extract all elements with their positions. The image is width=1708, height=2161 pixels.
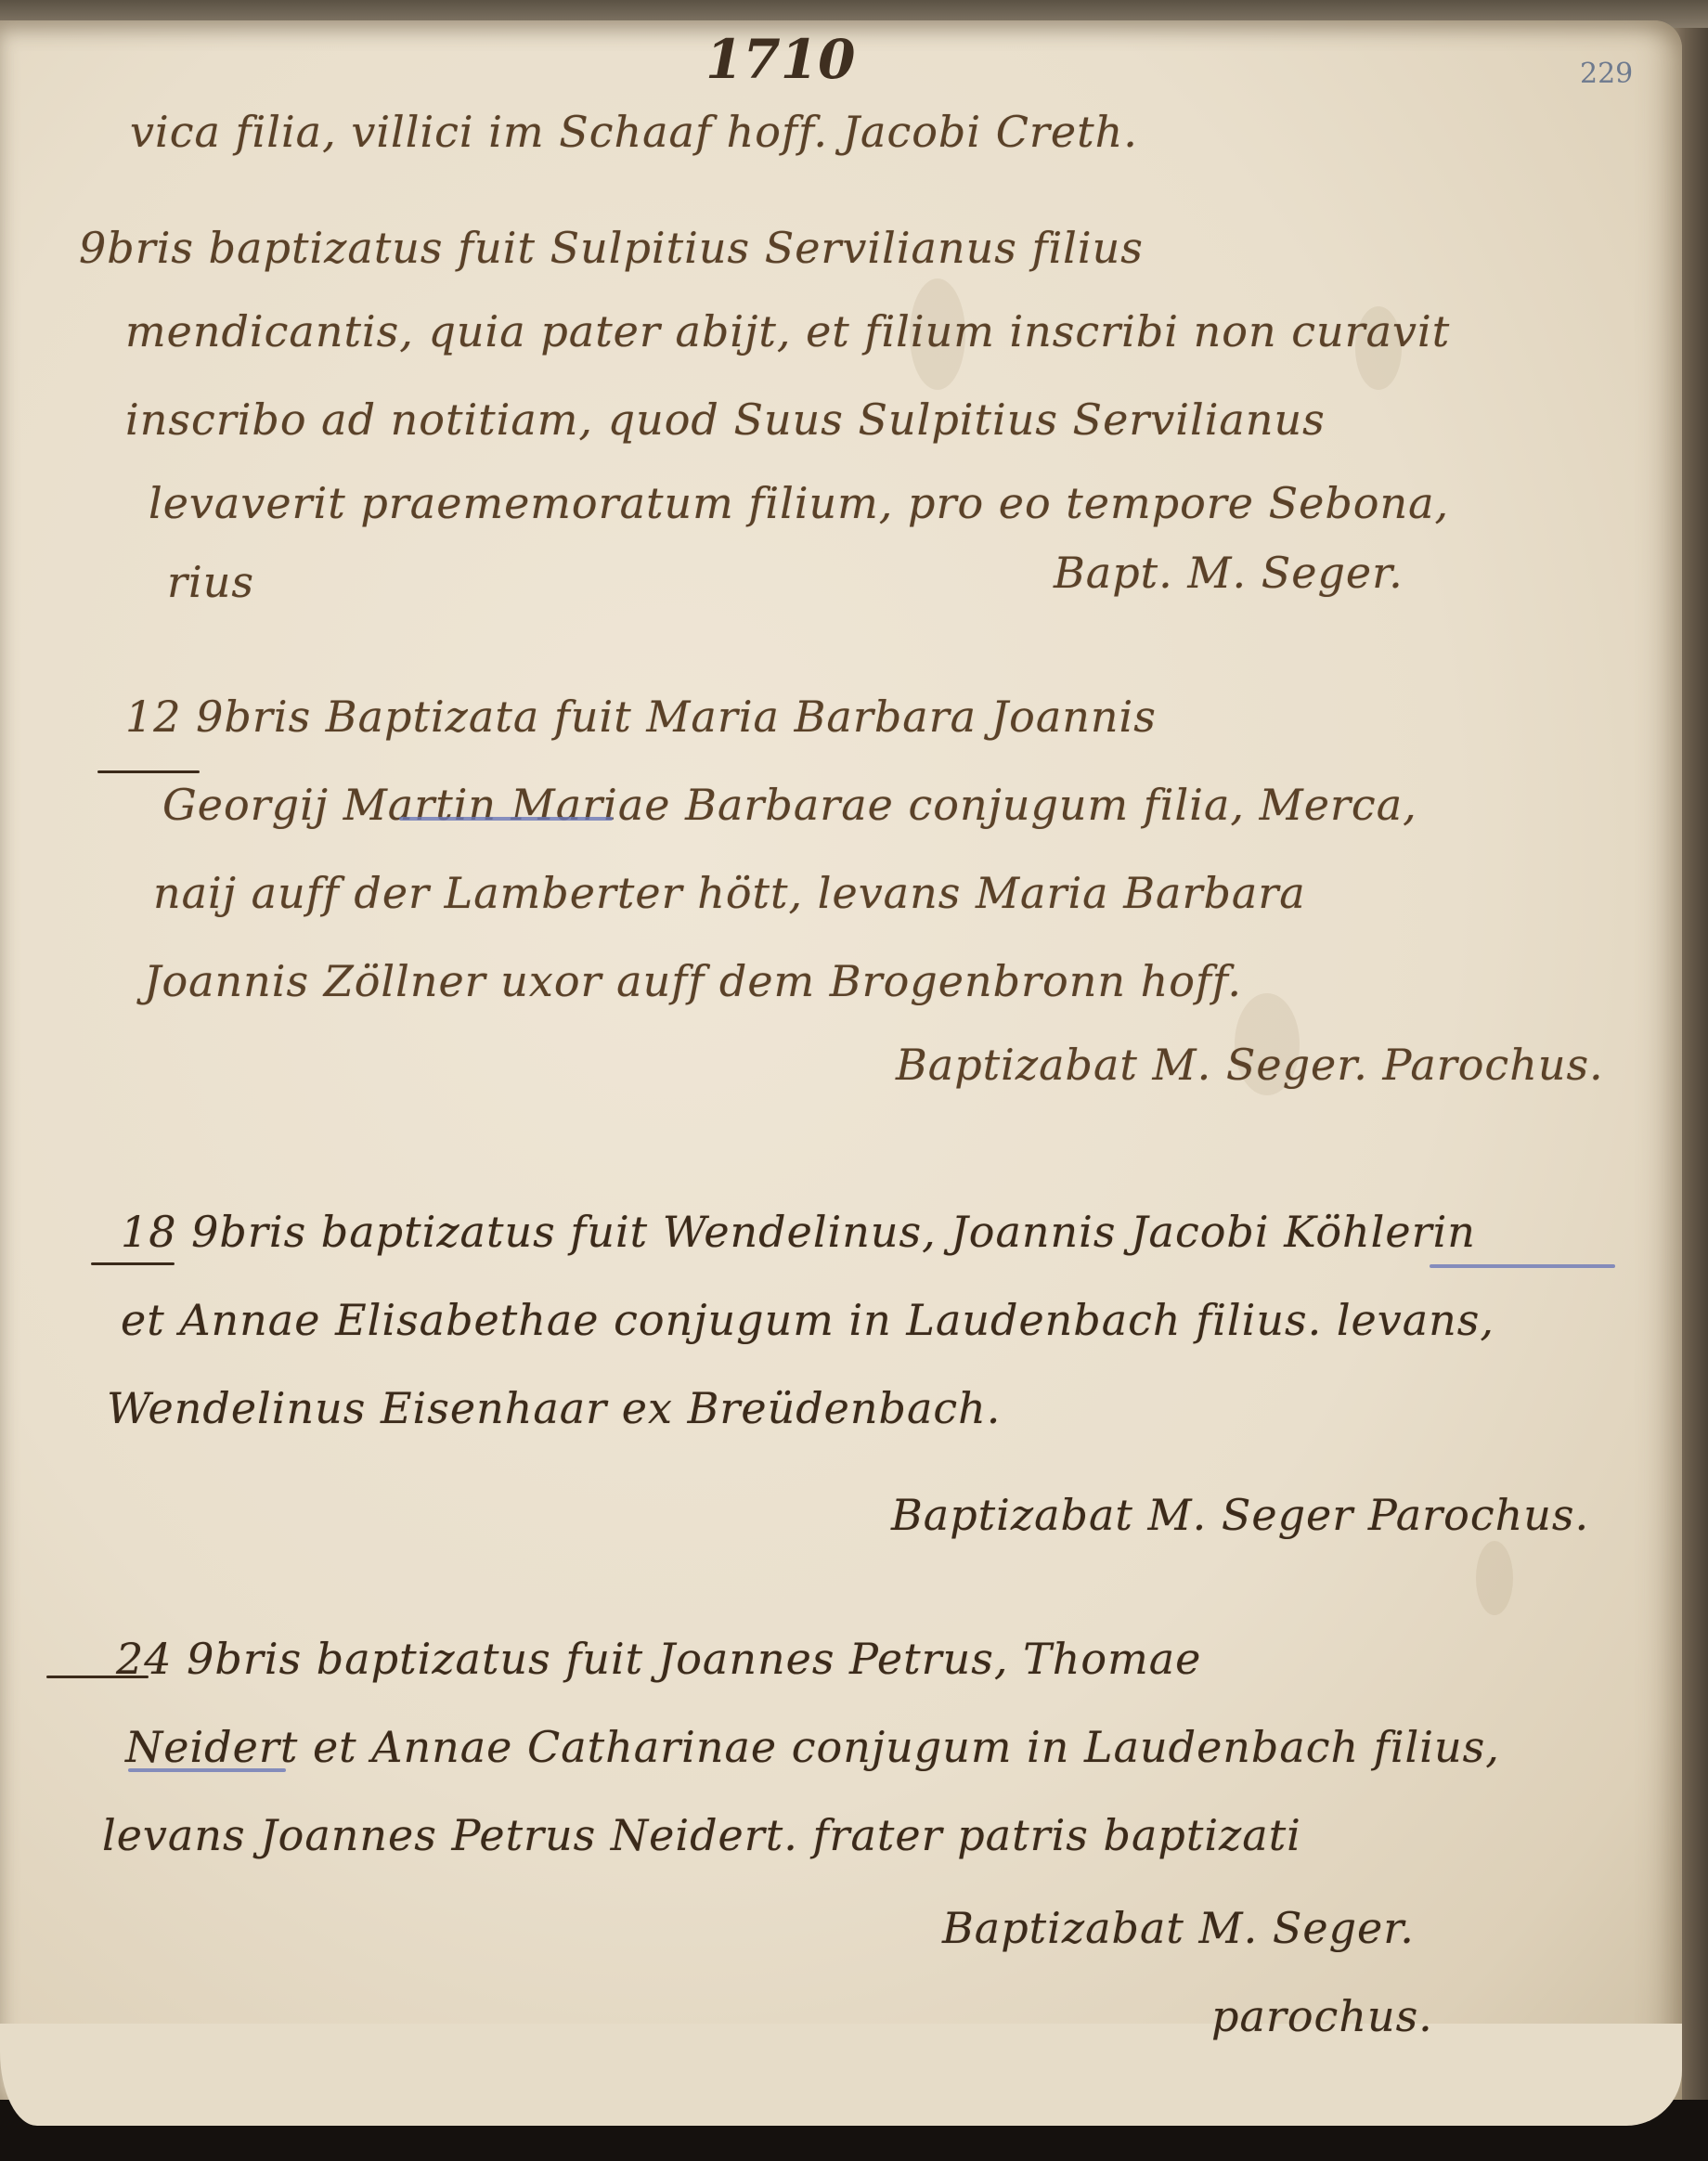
handwritten-line: naij auff der Lamberter hött, levans Mar… <box>153 868 1306 918</box>
handwritten-line: 18 9bris baptizatus fuit Wendelinus, Joa… <box>121 1207 1476 1257</box>
folio-number: 229 <box>1580 58 1633 90</box>
entry-margin-dash <box>46 1676 149 1678</box>
handwritten-line: Joannis Zöllner uxor auff dem Brogenbron… <box>144 956 1242 1006</box>
handwritten-line: et Annae Elisabethae conjugum in Laudenb… <box>121 1295 1494 1345</box>
blue-underline-mark <box>399 817 613 821</box>
handwritten-line: Neidert et Annae Catharinae conjugum in … <box>125 1722 1500 1772</box>
year-heading: 1710 <box>705 28 855 91</box>
handwritten-line: levans Joannes Petrus Neidert. frater pa… <box>102 1810 1301 1860</box>
handwritten-line: 12 9bris Baptizata fuit Maria Barbara Jo… <box>125 692 1157 742</box>
ink-stain <box>1476 1541 1513 1615</box>
entry-margin-dash <box>97 770 200 773</box>
handwritten-line: Baptizabat M. Seger Parochus. <box>891 1490 1589 1540</box>
handwritten-line: mendicantis, quia pater abijt, et filium… <box>125 306 1450 356</box>
blue-underline-mark <box>1430 1264 1615 1268</box>
handwritten-line: Baptizabat M. Seger. Parochus. <box>896 1040 1604 1090</box>
blue-underline-mark <box>128 1768 286 1772</box>
handwritten-line: 24 9bris baptizatus fuit Joannes Petrus,… <box>116 1634 1201 1684</box>
handwritten-line: vica filia, villici im Schaaf hoff. Jaco… <box>130 107 1138 157</box>
handwritten-line: Georgij Martin Mariae Barbarae conjugum … <box>162 780 1417 830</box>
handwritten-line: rius <box>167 557 254 607</box>
handwritten-line: 9bris baptizatus fuit Sulpitius Servilia… <box>79 223 1144 273</box>
handwritten-line: Wendelinus Eisenhaar ex Breüdenbach. <box>107 1383 1001 1433</box>
entry-margin-dash <box>91 1262 175 1265</box>
handwritten-line: Bapt. M. Seger. <box>1054 548 1404 598</box>
handwritten-line: inscribo ad notitiam, quod Suus Sulpitiu… <box>125 395 1326 445</box>
handwritten-line: parochus. <box>1211 1991 1433 2041</box>
handwritten-line: Baptizabat M. Seger. <box>942 1903 1415 1953</box>
handwritten-line: levaverit praememoratum filium, pro eo t… <box>149 478 1449 528</box>
